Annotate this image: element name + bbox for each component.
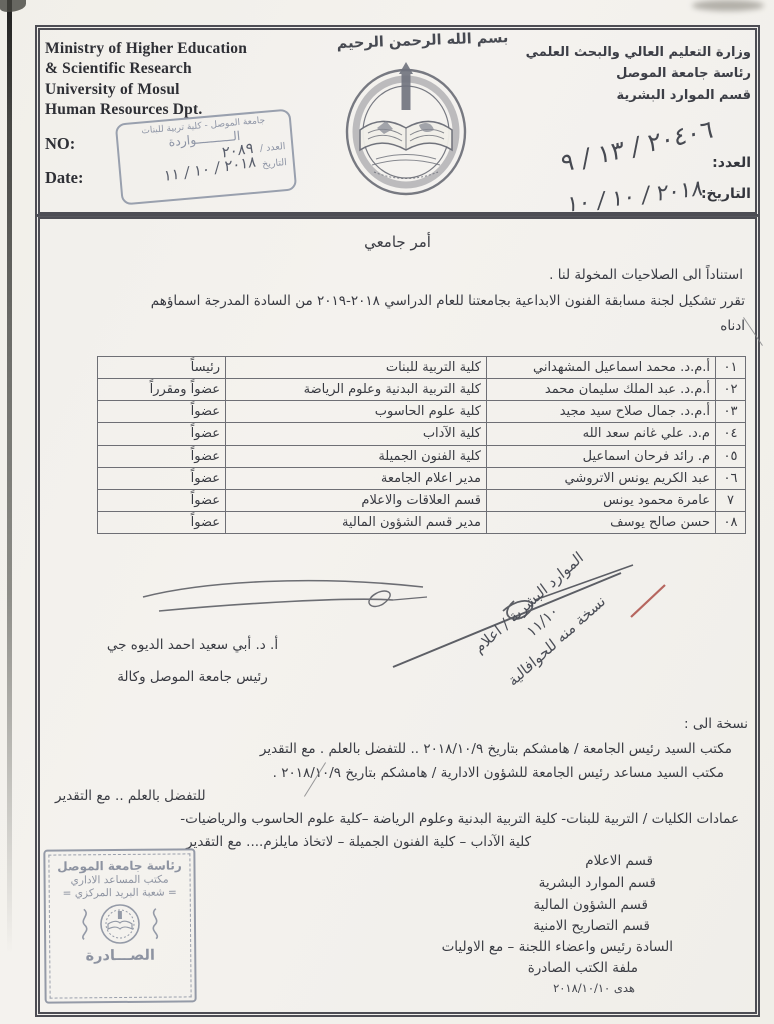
member-role: عضواً bbox=[98, 401, 226, 423]
scan-edge-shadow bbox=[7, 0, 12, 1024]
member-role: عضواً bbox=[98, 489, 226, 511]
cc-dept: السادة رئيس واعضاء اللجنة – مع الاوليات bbox=[442, 939, 673, 955]
date-value-handwritten: ٢٠١٨ / ١٠ / ١٠ bbox=[566, 176, 704, 218]
member-affiliation: مدير اعلام الجامعة bbox=[226, 467, 487, 489]
no-label: NO: bbox=[45, 134, 75, 154]
signatory-block: أ. د. أبي سعيد احمد الديوه جي رئيس جامعة… bbox=[80, 637, 305, 685]
table-row: ٠٣ أ.م.د. جمال صلاح سيد مجيد كلية علوم ا… bbox=[98, 401, 746, 423]
cc-dept: قسم الموارد البشرية bbox=[539, 875, 656, 891]
committee-table: ٠١ أ.م.د. محمد اسماعيل المشهداني كلية ال… bbox=[97, 356, 746, 534]
research-line-en: & Scientific Research bbox=[45, 59, 247, 79]
cc-line: مكتب السيد مساعد رئيس الجامعة للشؤون الا… bbox=[273, 765, 724, 781]
table-row: ٧ عامرة محمود يونس قسم العلاقات والاعلام… bbox=[98, 489, 746, 511]
university-seal-icon bbox=[343, 58, 469, 198]
received-stamp-date-label: التاريخ bbox=[262, 158, 287, 170]
member-name: م.د. علي غانم سعد الله bbox=[487, 423, 716, 445]
pen-mark-icon bbox=[743, 317, 763, 346]
university-line-ar: رئاسة جامعة الموصل bbox=[526, 63, 751, 84]
cc-dept: قسم الاعلام bbox=[585, 853, 653, 869]
cc-line: عمادات الكليات / التربية للبنات- كلية ال… bbox=[180, 811, 739, 827]
member-affiliation: كلية الفنون الجميلة bbox=[226, 445, 487, 467]
red-pen-mark-icon bbox=[625, 581, 685, 621]
number-value-handwritten: ٢٠٤٠٦ / ١٣ / ٩ bbox=[560, 114, 715, 178]
member-number: ٠٣ bbox=[716, 401, 746, 423]
member-number: ٠١ bbox=[716, 357, 746, 379]
letterhead-arabic: وزارة التعليم العالي والبحث العلمي رئاسة… bbox=[526, 42, 751, 106]
outgoing-stamp-bottom: الصـــادرة bbox=[50, 947, 190, 964]
letterhead-box: Ministry of Higher Education & Scientifi… bbox=[35, 25, 760, 217]
member-affiliation: كلية التربية البدنية وعلوم الرياضة bbox=[226, 379, 487, 401]
member-number: ٠٨ bbox=[716, 511, 746, 533]
cc-heading: نسخة الى : bbox=[684, 716, 748, 732]
outgoing-stamp-line-1: رئاسة جامعة الموصل bbox=[49, 858, 189, 873]
stamp-emblem-icon bbox=[98, 902, 142, 946]
number-label-ar: العدد: bbox=[712, 155, 751, 171]
member-role: عضواً bbox=[98, 445, 226, 467]
cc-dept: ملفة الكتب الصادرة bbox=[528, 960, 638, 976]
outgoing-stamp: رئاسة جامعة الموصل مكتب المساعد الاداري … bbox=[43, 848, 196, 1003]
order-intro-line-1: استناداً الى الصلاحيات المخولة لنا . bbox=[549, 267, 743, 283]
outgoing-stamp-line-3: = شعبة البريد المركزي = bbox=[50, 886, 190, 899]
order-intro-line-3: ادناه bbox=[720, 318, 745, 334]
member-number: ٠٦ bbox=[716, 467, 746, 489]
cc-line: للتفضل بالعلم .. مع التقدير bbox=[55, 788, 206, 804]
cc-dept: قسم الشؤون المالية bbox=[533, 897, 648, 913]
basmala: بسم الله الرحمن الرحيم bbox=[335, 30, 510, 52]
document-body-box: أمر جامعي استناداً الى الصلاحيات المخولة… bbox=[35, 214, 760, 1017]
footer-initials: هدى ٢٠١٨/١٠/١٠ bbox=[553, 981, 635, 995]
member-name: م. رائد فرحان اسماعيل bbox=[487, 445, 716, 467]
member-role: رئيساً bbox=[98, 357, 226, 379]
table-row: ٠١ أ.م.د. محمد اسماعيل المشهداني كلية ال… bbox=[98, 357, 746, 379]
received-stamp-number-label: العدد / bbox=[260, 142, 286, 154]
member-affiliation: مدير قسم الشؤون المالية bbox=[226, 511, 487, 533]
member-name: حسن صالح يوسف bbox=[487, 511, 716, 533]
pen-stroke-icon bbox=[385, 555, 645, 685]
table-row: ٠٤ م.د. علي غانم سعد الله كلية الآداب عض… bbox=[98, 423, 746, 445]
stamp-ornament-icon bbox=[75, 907, 93, 941]
member-role: عضواً bbox=[98, 511, 226, 533]
ministry-line-en: Ministry of Higher Education bbox=[45, 39, 247, 59]
member-affiliation: كلية علوم الحاسوب bbox=[226, 401, 487, 423]
order-intro-line-2: تقرر تشكيل لجنة مسابقة الفنون الابداعية … bbox=[151, 293, 745, 309]
university-line-en: University of Mosul bbox=[45, 80, 247, 100]
member-affiliation: كلية التربية للبنات bbox=[226, 357, 487, 379]
member-name: أ.م.د. محمد اسماعيل المشهداني bbox=[487, 357, 716, 379]
cc-dept: قسم التصاريح الامنية bbox=[533, 918, 650, 934]
department-line-ar: قسم الموارد البشرية bbox=[526, 85, 751, 106]
member-role: عضواً bbox=[98, 467, 226, 489]
member-name: أ.م.د. عبد الملك سليمان محمد bbox=[487, 379, 716, 401]
member-number: ٠٤ bbox=[716, 423, 746, 445]
member-number: ٧ bbox=[716, 489, 746, 511]
scan-smudge bbox=[692, 0, 764, 11]
scanned-document-page: Ministry of Higher Education & Scientifi… bbox=[0, 0, 774, 1024]
outgoing-stamp-line-2: مكتب المساعد الاداري bbox=[50, 873, 190, 886]
scan-corner-blob bbox=[0, 0, 26, 12]
cc-line: كلية الآداب – كلية الفنون الجميلة – لاتخ… bbox=[186, 834, 531, 850]
signatory-name: أ. د. أبي سعيد احمد الديوه جي bbox=[80, 637, 305, 653]
member-name: عبد الكريم يونس الاتروشي bbox=[487, 467, 716, 489]
letterhead-english: Ministry of Higher Education & Scientifi… bbox=[45, 39, 247, 121]
member-number: ٠٢ bbox=[716, 379, 746, 401]
member-affiliation: قسم العلاقات والاعلام bbox=[226, 489, 487, 511]
received-stamp: جامعة الموصل - كلية تربية للبنات الـــــ… bbox=[115, 108, 297, 205]
table-row: ٠٢ أ.م.د. عبد الملك سليمان محمد كلية الت… bbox=[98, 379, 746, 401]
table-row: ٠٥ م. رائد فرحان اسماعيل كلية الفنون الج… bbox=[98, 445, 746, 467]
member-number: ٠٥ bbox=[716, 445, 746, 467]
member-name: أ.م.د. جمال صلاح سيد مجيد bbox=[487, 401, 716, 423]
stamp-ornament-icon bbox=[147, 907, 165, 941]
member-role: عضواً bbox=[98, 423, 226, 445]
member-affiliation: كلية الآداب bbox=[226, 423, 487, 445]
ministry-line-ar: وزارة التعليم العالي والبحث العلمي bbox=[526, 42, 751, 63]
table-row: ٠٨ حسن صالح يوسف مدير قسم الشؤون المالية… bbox=[98, 511, 746, 533]
signatory-title: رئيس جامعة الموصل وكالة bbox=[80, 669, 305, 685]
order-title: أمر جامعي bbox=[40, 233, 755, 251]
member-role: عضواً ومقرراً bbox=[98, 379, 226, 401]
member-name: عامرة محمود يونس bbox=[487, 489, 716, 511]
date-label-ar: التاريخ: bbox=[701, 186, 751, 202]
cc-line: مكتب السيد رئيس الجامعة / هامشكم بتاريخ … bbox=[260, 741, 732, 757]
date-label: Date: bbox=[45, 168, 83, 188]
table-row: ٠٦ عبد الكريم يونس الاتروشي مدير اعلام ا… bbox=[98, 467, 746, 489]
